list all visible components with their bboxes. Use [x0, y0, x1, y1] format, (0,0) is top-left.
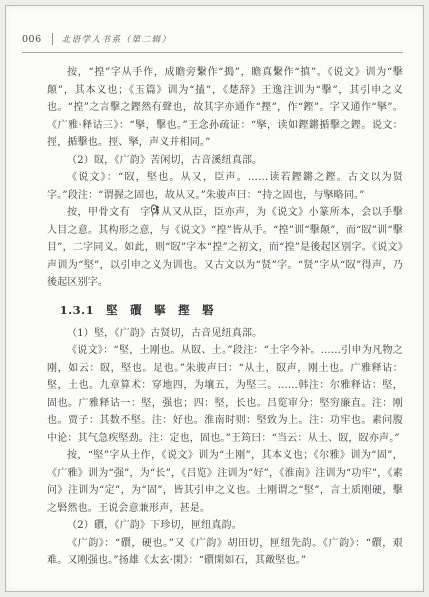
paragraph-shuowen-jian: 《说文》：“堅，土刚也。从臤、土。”段注：“土字今补。……引申为凡物之刚，如云：…: [47, 342, 403, 447]
page-content: 006 北语学人书系（第二辑） 按，“揘”字从手作，成瞻旁繫作“搗”，瞻真繫作“…: [6, 33, 423, 570]
section-heading-1-3-1: 1.3.1 堅 礥 掔 摼 硻: [47, 302, 403, 318]
header-divider: [52, 33, 53, 45]
book-page: 006 北语学人书系（第二辑） 按，“揘”字从手作，成瞻旁繫作“搗”，瞻真繫作“…: [5, 5, 424, 592]
running-header: 006 北语学人书系（第二辑）: [22, 33, 403, 45]
paragraph-entry-qian: （2）臤，《广韵》苦闲切，古音溪纽真部。: [47, 152, 403, 170]
page-number: 006: [22, 34, 42, 45]
oracle-bone-glyph-icon: [130, 204, 140, 217]
paragraph-note-huang: 按，“揘”字从手作，成瞻旁繫作“搗”，瞻真繫作“搷”。《说文》训为“擊颠”，其本…: [47, 64, 403, 152]
paragraph-shuowen-qian: 《说文》：“臤，堅也。从又，臣声。……读若鏗鏘之鏗。古文以为贤字。”段注：“谓握…: [47, 169, 403, 204]
scanned-book-page: { "colors": { "page_background": "#fbfbf…: [0, 0, 429, 597]
paragraph-note-jian: 按，“堅”字从土作，《说文》训为“土刚”，其本义也；《尔雅》训为“固”，《广雅》…: [47, 447, 403, 517]
paragraph-entry-xian: （2）礥，《广韵》下珍切，匣纽真韵。: [47, 517, 403, 535]
paragraph-guangyun-xian: 《广韵》：“礥，硬也。”又《广韵》胡田切，匣纽先韵。《广韵》：“礥，艰难。又刚强…: [47, 535, 403, 570]
paragraph-note-oracle-lead: 按，甲骨文有: [67, 207, 130, 218]
series-title: 北语学人书系（第二辑）: [62, 33, 172, 45]
paragraph-entry-jian: （1）堅，《广韵》古贤切，古音见纽真部。: [47, 325, 403, 343]
body-text: 按，“揘”字从手作，成瞻旁繫作“搗”，瞻真繫作“搷”。《说文》训为“擊颠”，其本…: [47, 64, 403, 570]
paragraph-note-oracle-rest: 字，从又从臣，臣亦声，为《说文》小篆所本，会以手擊人目之意。其构形之意，与《说文…: [47, 207, 403, 288]
paragraph-note-oracle: 按，甲骨文有字，从又从臣，臣亦声，为《说文》小篆所本，会以手擊人目之意。其构形之…: [47, 204, 403, 292]
header-rule: [22, 52, 403, 53]
